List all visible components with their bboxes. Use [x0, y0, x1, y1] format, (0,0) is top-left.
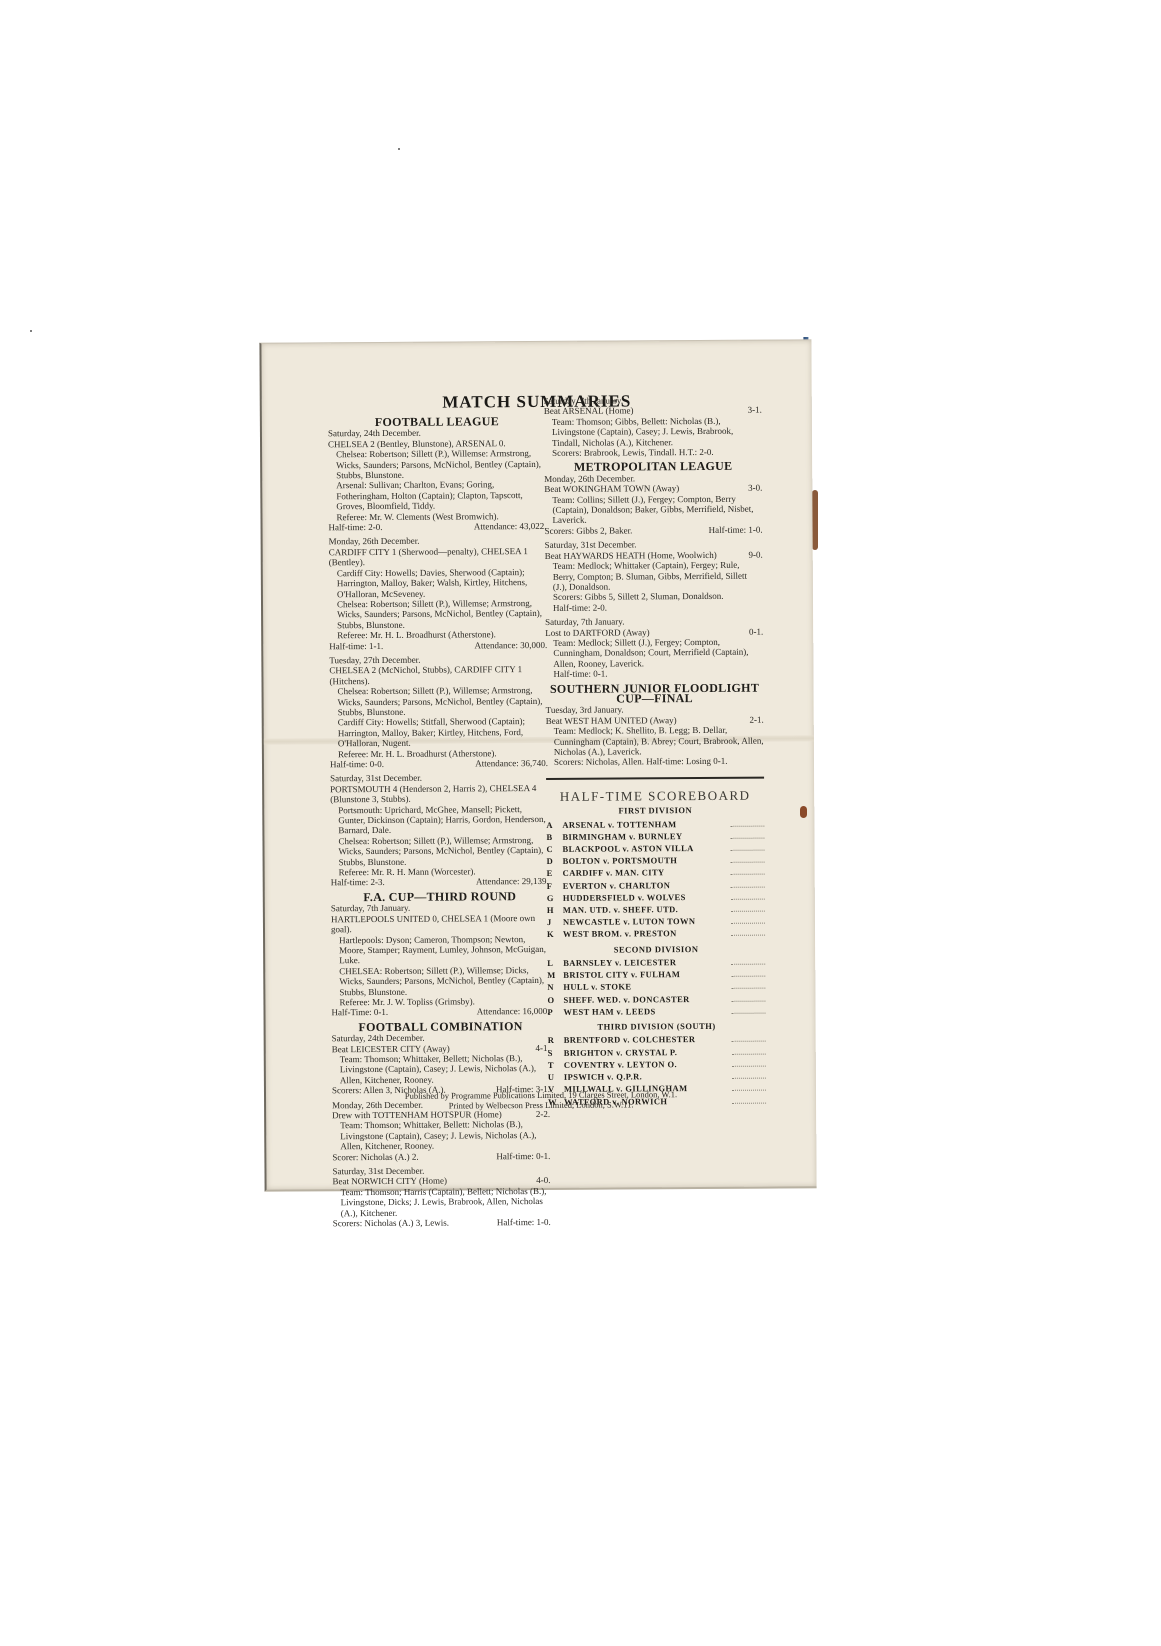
- score-blank: [731, 957, 765, 965]
- fixture-name: SHEFF. WED. v. DONCASTER: [563, 992, 731, 1005]
- fixture-letter: C: [546, 843, 562, 855]
- fixture-letter: M: [547, 969, 563, 981]
- score-blank: [731, 1005, 765, 1013]
- match-result: Beat WEST HAM UNITED (Away): [546, 715, 677, 726]
- fixture-name: BARNSLEY v. LEICESTER: [563, 956, 731, 969]
- match-detail: Team: Thomson; Whittaker, Bellett; Nicho…: [332, 1053, 550, 1086]
- match-result: HARTLEPOOLS UNITED 0, CHELSEA 1 (Moore o…: [331, 913, 549, 935]
- ink-spot: [800, 806, 807, 818]
- fixture-letter: J: [547, 916, 563, 928]
- half-time: Scorers: Nicholas (A.) 3, Lewis.: [333, 1218, 449, 1229]
- match-footer-row: Half-time: 2-0.Attendance: 43,022.: [329, 521, 547, 533]
- score-blank: [731, 928, 765, 936]
- fixture-letter: G: [547, 892, 563, 904]
- fixture-name: BIRMINGHAM v. BURNLEY: [562, 830, 730, 843]
- match-summary: Tuesday, 27th December.CHELSEA 2 (McNich…: [329, 654, 548, 770]
- half-time: Half-Time: 0-1.: [331, 1007, 388, 1018]
- section-heading: METROPOLITAN LEAGUE: [544, 461, 762, 473]
- match-footer-row: Scorer: Nicholas (A.) 2.Half-time: 0-1.: [332, 1151, 550, 1163]
- match-footer-row: Half-time: 1-1.Attendance: 30,000.: [329, 639, 547, 651]
- half-time: Scorer: Nicholas (A.) 2.: [332, 1151, 418, 1162]
- score-blank: [731, 969, 765, 977]
- half-time: Scorers: Gibbs 2, Baker.: [545, 525, 633, 536]
- half-time-scoreboard: HALF-TIME SCOREBOARD FIRST DIVISIONAARSE…: [546, 790, 766, 1107]
- attendance: Attendance: 29,139.: [476, 876, 549, 887]
- match-footer-row: Scorers: Nicholas (A.) 3, Lewis.Half-tim…: [333, 1217, 551, 1229]
- fixture-letter: D: [547, 855, 563, 867]
- match-result: Beat NORWICH CITY (Home): [333, 1176, 447, 1187]
- score-blank: [731, 993, 765, 1001]
- match-summary: Saturday, 7th January.Beat ARSENAL (Home…: [544, 395, 762, 459]
- match-score: 4-0.: [536, 1175, 550, 1185]
- match-summary: Saturday, 31st December.Beat HAYWARDS HE…: [545, 539, 763, 613]
- match-score: 2-2.: [536, 1109, 550, 1119]
- match-summary: Monday, 26th December.Beat WOKINGHAM TOW…: [544, 472, 762, 536]
- scoreboard-row: PWEST HAM v. LEEDS: [547, 1004, 765, 1018]
- match-score: 3-1.: [748, 405, 762, 415]
- attendance: Half-time: 0-1.: [496, 1151, 550, 1162]
- match-detail: Chelsea: Robertson; Sillett (P.), Willem…: [330, 685, 548, 718]
- match-result: CHELSEA 2 (McNichol, Stubbs), CARDIFF CI…: [329, 664, 547, 686]
- attendance: Attendance: 30,000.: [474, 639, 547, 650]
- fixture-letter: L: [547, 957, 563, 969]
- division-heading: FIRST DIVISION: [546, 805, 764, 817]
- match-summary: Saturday, 31st December.Beat NORWICH CIT…: [332, 1165, 550, 1229]
- score-blank: [730, 830, 764, 838]
- match-summary: Tuesday, 3rd January.Beat WEST HAM UNITE…: [546, 704, 764, 768]
- match-detail: Hartlepools: Dyson; Cameron, Thompson; N…: [331, 933, 549, 966]
- fixture-name: COVENTRY v. LEYTON O.: [564, 1058, 732, 1071]
- half-time: Half-time: 2-3.: [331, 877, 385, 888]
- fixture-letter: U: [548, 1071, 564, 1083]
- match-score: 3-0.: [748, 483, 762, 493]
- programme-page: MATCH SUMMARIES FOOTBALL LEAGUESaturday,…: [259, 339, 816, 1191]
- score-blank: [731, 981, 765, 989]
- match-detail: Chelsea: Robertson; Sillett (P.), Willem…: [329, 598, 547, 631]
- match-detail: Chelsea: Robertson; Sillett (P.), Willem…: [328, 448, 546, 481]
- match-footer-row: Half-time: 0-0.Attendance: 36,740.: [330, 758, 548, 770]
- score-blank: [731, 867, 765, 875]
- match-detail: Team: Thomson; Harris (Captain), Bellett…: [333, 1186, 551, 1219]
- match-result: PORTSMOUTH 4 (Henderson 2, Harris 2), CH…: [330, 783, 548, 805]
- match-detail: Team: Collins; Sillett (J.), Fergey; Com…: [544, 493, 762, 526]
- match-summary: Saturday, 24th December.Beat LEICESTER C…: [332, 1032, 550, 1096]
- fixture-name: BRENTFORD v. COLCHESTER: [564, 1033, 732, 1046]
- score-blank: [730, 818, 764, 826]
- fixture-name: WEST BROM. v. PRESTON: [563, 927, 731, 940]
- fixture-name: HULL v. STOKE: [563, 980, 731, 993]
- section-heading: FOOTBALL LEAGUE: [328, 416, 546, 428]
- attendance: Attendance: 16,000.: [477, 1006, 550, 1017]
- division-heading: THIRD DIVISION (SOUTH): [548, 1021, 766, 1033]
- match-summary: Saturday, 7th January.Lost to DARTFORD (…: [545, 616, 763, 680]
- match-score: 0-1.: [749, 626, 763, 636]
- match-detail: Scorers: Nicholas, Allen. Half-time: Los…: [546, 756, 764, 768]
- fixture-name: BLACKPOOL v. ASTON VILLA: [562, 842, 730, 855]
- fixture-letter: N: [547, 981, 563, 993]
- match-detail: Arsenal: Sullivan; Charlton, Evans; Gori…: [328, 479, 546, 512]
- fixture-letter: O: [547, 994, 563, 1006]
- scoreboard-title: HALF-TIME SCOREBOARD: [546, 790, 764, 802]
- fixture-name: CARDIFF v. MAN. CITY: [563, 866, 731, 879]
- score-blank: [730, 843, 764, 851]
- match-footer-row: Half-time: 2-3.Attendance: 29,139.: [331, 876, 549, 888]
- fixture-name: WEST HAM v. LEEDS: [563, 1005, 731, 1018]
- match-summary: Saturday, 31st December.PORTSMOUTH 4 (He…: [330, 772, 549, 888]
- match-summary: Saturday, 24th December.CHELSEA 2 (Bentl…: [328, 427, 547, 532]
- fixture-letter: B: [546, 831, 562, 843]
- division-heading: SECOND DIVISION: [547, 943, 765, 955]
- match-footer-row: Half-Time: 0-1.Attendance: 16,000.: [331, 1006, 549, 1018]
- score-blank: [732, 1059, 766, 1067]
- match-result: Beat WOKINGHAM TOWN (Away): [544, 483, 679, 494]
- attendance: Attendance: 36,740.: [475, 758, 548, 769]
- section-heading: F.A. CUP—THIRD ROUND: [331, 891, 549, 903]
- match-detail: Scorers: Brabrook, Lewis, Tindall. H.T.:…: [544, 447, 762, 459]
- match-footer-row: Scorers: Gibbs 2, Baker.Half-time: 1-0.: [545, 524, 763, 536]
- fixture-name: BOLTON v. PORTSMOUTH: [563, 854, 731, 867]
- printer-line: Printed by Welbecson Press Limited, Lond…: [266, 1098, 816, 1111]
- match-detail: Portsmouth: Uprichard, McGhee, Mansell; …: [330, 804, 548, 837]
- match-detail: Team: Thomson; Whittaker, Bellett: Nicho…: [332, 1119, 550, 1152]
- section-heading: SOUTHERN JUNIOR FLOODLIGHT CUP—FINAL: [545, 682, 763, 704]
- match-detail: Chelsea: Robertson; Sillett (P.), Willem…: [330, 835, 548, 868]
- score-blank: [731, 904, 765, 912]
- match-summary: Monday, 26th December.CARDIFF CITY 1 (Sh…: [329, 535, 548, 651]
- fixture-name: ARSENAL v. TOTTENHAM: [562, 817, 730, 830]
- fixture-letter: K: [547, 928, 563, 940]
- fixture-name: NEWCASTLE v. LUTON TOWN: [563, 915, 731, 928]
- match-result: Beat LEICESTER CITY (Away): [332, 1043, 450, 1054]
- rust-stain: [812, 490, 818, 550]
- fixture-letter: E: [547, 867, 563, 879]
- fixture-name: IPSWICH v. Q.P.R.: [564, 1070, 732, 1083]
- match-detail: Cardiff City: Howells; Stitfall, Sherwoo…: [330, 716, 548, 749]
- match-result: Beat ARSENAL (Home): [544, 406, 634, 417]
- match-detail: Team: Thomson; Gibbs, Bellett: Nicholas …: [544, 415, 762, 448]
- match-result: Lost to DARTFORD (Away): [545, 627, 649, 638]
- score-blank: [731, 916, 765, 924]
- fixture-letter: R: [548, 1034, 564, 1046]
- score-blank: [732, 1046, 766, 1054]
- match-score: 2-1.: [749, 714, 763, 724]
- attendance: Half-time: 1-0.: [709, 524, 763, 535]
- fixture-letter: P: [547, 1006, 563, 1018]
- fixture-name: MAN. UTD. v. SHEFF. UTD.: [563, 903, 731, 916]
- match-result: CARDIFF CITY 1 (Sherwood—penalty), CHELS…: [329, 546, 547, 568]
- score-blank: [732, 1034, 766, 1042]
- match-detail: Team: Medlock; Whittaker (Captain), Ferg…: [545, 560, 763, 593]
- match-score: 9-0.: [748, 549, 762, 559]
- match-detail: Cardiff City: Howells; Davies, Sherwood …: [329, 567, 547, 600]
- half-time: Half-time: 0-0.: [330, 759, 384, 770]
- fixture-letter: A: [546, 818, 562, 830]
- scoreboard-row: KWEST BROM. v. PRESTON: [547, 927, 765, 941]
- divider-rule: [546, 776, 764, 779]
- half-time: Half-time: 1-1.: [329, 640, 383, 651]
- fixture-letter: H: [547, 904, 563, 916]
- half-time: Half-time: 2-0.: [329, 522, 383, 533]
- match-detail: Team: Medlock; Sillett (J.), Fergey; Com…: [545, 637, 763, 670]
- fixture-letter: T: [548, 1059, 564, 1071]
- match-detail: Half-time: 0-1.: [545, 668, 763, 680]
- fixture-name: HUDDERSFIELD v. WOLVES: [563, 891, 731, 904]
- fixture-name: EVERTON v. CHARLTON: [563, 878, 731, 891]
- fixture-letter: F: [547, 879, 563, 891]
- speck: [398, 148, 400, 150]
- score-blank: [731, 879, 765, 887]
- attendance: Half-time: 1-0.: [497, 1217, 551, 1228]
- fixture-name: BRIGHTON v. CRYSTAL P.: [564, 1046, 732, 1059]
- right-column: Saturday, 7th January.Beat ARSENAL (Home…: [544, 395, 766, 1108]
- score-blank: [731, 891, 765, 899]
- match-detail: Half-time: 2-0.: [545, 601, 763, 613]
- section-heading: FOOTBALL COMBINATION: [332, 1021, 550, 1033]
- attendance: Attendance: 43,022.: [474, 521, 547, 532]
- speck: [30, 330, 32, 332]
- score-blank: [732, 1071, 766, 1079]
- score-blank: [731, 855, 765, 863]
- fixture-letter: S: [548, 1047, 564, 1059]
- fixture-name: BRISTOL CITY v. FULHAM: [563, 968, 731, 981]
- match-summary: Saturday, 7th January.HARTLEPOOLS UNITED…: [331, 902, 550, 1018]
- match-detail: CHELSEA: Robertson; Sillett (P.), Willem…: [331, 965, 549, 998]
- publisher-footer: Published by Programme Publications Limi…: [266, 1088, 816, 1111]
- match-detail: Team: Medlock; K. Shellito, B. Legg; B. …: [546, 725, 764, 758]
